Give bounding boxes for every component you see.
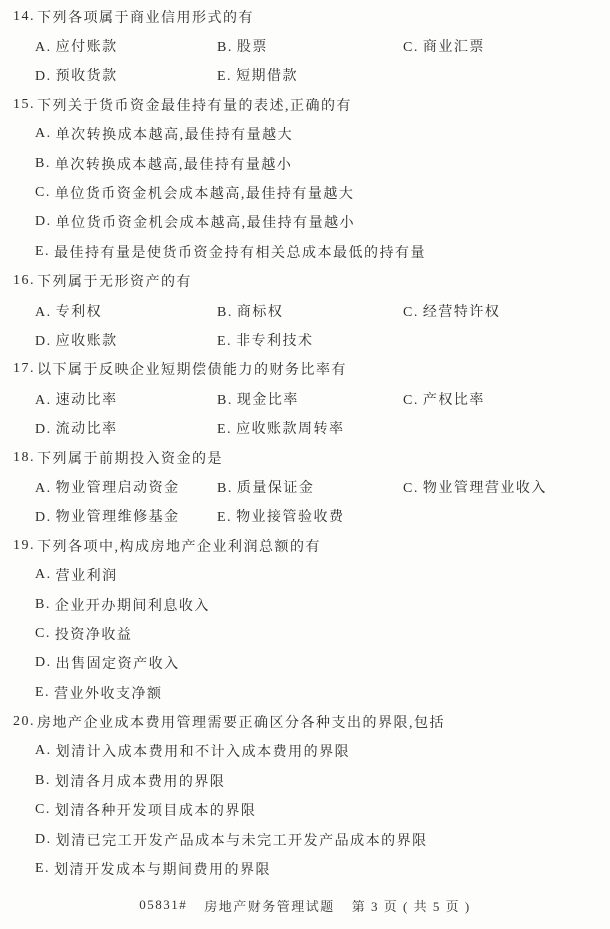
question-stem-text: 下列各项属于商业信用形式的有	[37, 7, 254, 27]
options-row: D.预收货款 E.短期借款	[0, 61, 610, 90]
option-text: 现金比率	[237, 393, 299, 408]
question-14: 14. 下列各项属于商业信用形式的有 A.应付账款 B.股票 C.商业汇票 D.…	[0, 2, 610, 90]
option-label: C.	[35, 802, 51, 818]
option-text: 划清已完工开发产品成本与未完工开发产品成本的界限	[56, 830, 428, 850]
option-label: B.	[217, 481, 233, 496]
options-row: A.物业管理启动资金 B.质量保证金 C.物业管理营业收入	[0, 472, 610, 501]
question-stem: 16. 下列属于无形资产的有	[0, 267, 610, 296]
question-number: 18.	[13, 450, 35, 466]
options-row: A.应付账款 B.股票 C.商业汇票	[0, 31, 610, 60]
option-c: C.经营特许权	[403, 301, 610, 321]
option-label: A.	[35, 743, 52, 759]
option-text: 质量保证金	[237, 481, 315, 496]
option-text: 单位货币资金机会成本越高,最佳持有量越小	[56, 212, 356, 232]
option-label: C.	[403, 393, 419, 408]
option-label: B.	[217, 305, 233, 320]
option-text: 股票	[237, 40, 268, 55]
question-number: 20.	[13, 714, 35, 730]
option-label: C.	[35, 626, 51, 642]
option-e: E.最佳持有量是使货币资金持有相关总成本最低的持有量	[0, 237, 610, 266]
option-a: A.速动比率	[35, 389, 217, 409]
option-d: D.划清已完工开发产品成本与未完工开发产品成本的界限	[0, 825, 610, 854]
option-text: 划清开发成本与期间费用的界限	[54, 859, 271, 879]
option-text: 出售固定资产收入	[56, 653, 180, 673]
option-text: 划清各种开发项目成本的界限	[55, 800, 257, 820]
exam-title: 房地产财务管理试题	[204, 896, 335, 915]
options-row: D.物业管理维修基金 E.物业接管验收费	[0, 502, 610, 531]
option-text: 营业外收支净额	[54, 683, 163, 703]
question-20: 20. 房地产企业成本费用管理需要正确区分各种支出的界限,包括 A.划清计入成本…	[0, 707, 610, 883]
option-e: E.营业外收支净额	[0, 678, 610, 707]
option-label: E.	[217, 422, 232, 437]
option-c: C.物业管理营业收入	[403, 477, 610, 497]
option-label: B.	[35, 597, 51, 613]
options-row: A.速动比率 B.现金比率 C.产权比率	[0, 384, 610, 413]
question-stem: 17. 以下属于反映企业短期偿债能力的财务比率有	[0, 355, 610, 384]
question-18: 18. 下列属于前期投入资金的是 A.物业管理启动资金 B.质量保证金 C.物业…	[0, 443, 610, 531]
option-label: A.	[35, 126, 52, 142]
option-d: D.流动比率	[35, 418, 217, 438]
option-text: 速动比率	[56, 393, 118, 408]
exam-page: 14. 下列各项属于商业信用形式的有 A.应付账款 B.股票 C.商业汇票 D.…	[0, 0, 610, 920]
option-label: A.	[35, 567, 52, 583]
option-text: 商标权	[237, 305, 284, 320]
option-label: D.	[35, 832, 52, 848]
question-15: 15. 下列关于货币资金最佳持有量的表述,正确的有 A.单次转换成本越高,最佳持…	[0, 90, 610, 266]
option-text: 产权比率	[423, 393, 485, 408]
options-row: A.专利权 B.商标权 C.经营特许权	[0, 296, 610, 325]
option-b: B.划清各月成本费用的界限	[0, 766, 610, 795]
question-stem-text: 下列关于货币资金最佳持有量的表述,正确的有	[37, 95, 352, 115]
option-a: A.专利权	[35, 301, 217, 321]
question-stem-text: 下列属于无形资产的有	[37, 271, 192, 291]
option-text: 单次转换成本越高,最佳持有量越大	[56, 124, 294, 144]
option-d: D.单位货币资金机会成本越高,最佳持有量越小	[0, 208, 610, 237]
option-c: C.商业汇票	[403, 36, 610, 56]
option-a: A.划清计入成本费用和不计入成本费用的界限	[0, 737, 610, 766]
option-b: B.股票	[217, 36, 403, 56]
page-number: 第 3 页 ( 共 5 页 )	[352, 896, 471, 915]
options-row: D.流动比率 E.应收账款周转率	[0, 413, 610, 442]
option-c: C.产权比率	[403, 389, 610, 409]
option-text: 应收账款	[56, 334, 118, 349]
question-number: 16.	[13, 273, 35, 289]
option-label: E.	[217, 69, 232, 84]
question-16: 16. 下列属于无形资产的有 A.专利权 B.商标权 C.经营特许权 D.应收账…	[0, 267, 610, 355]
option-b: B.现金比率	[217, 389, 403, 409]
option-label: A.	[35, 393, 52, 408]
option-label: D.	[35, 510, 52, 525]
option-label: E.	[217, 334, 232, 349]
question-stem-text: 下列各项中,构成房地产企业利润总额的有	[37, 536, 321, 556]
option-label: A.	[35, 40, 52, 55]
option-e: E.物业接管验收费	[217, 506, 403, 526]
option-d: D.出售固定资产收入	[0, 649, 610, 678]
question-stem: 14. 下列各项属于商业信用形式的有	[0, 2, 610, 31]
option-e: E.应收账款周转率	[217, 418, 403, 438]
option-text: 企业开办期间利息收入	[55, 595, 210, 615]
option-label: C.	[35, 185, 51, 201]
option-text: 单次转换成本越高,最佳持有量越小	[55, 154, 293, 174]
question-stem: 18. 下列属于前期投入资金的是	[0, 443, 610, 472]
option-d: D.应收账款	[35, 330, 217, 350]
option-label: D.	[35, 422, 52, 437]
option-c: C.投资净收益	[0, 619, 610, 648]
option-label: D.	[35, 334, 52, 349]
question-stem: 19. 下列各项中,构成房地产企业利润总额的有	[0, 531, 610, 560]
question-number: 14.	[13, 9, 35, 25]
option-label: B.	[35, 773, 51, 789]
option-d: D.预收货款	[35, 65, 217, 85]
question-stem: 20. 房地产企业成本费用管理需要正确区分各种支出的界限,包括	[0, 707, 610, 736]
question-stem: 15. 下列关于货币资金最佳持有量的表述,正确的有	[0, 90, 610, 119]
question-19: 19. 下列各项中,构成房地产企业利润总额的有 A.营业利润 B.企业开办期间利…	[0, 531, 610, 707]
option-label: E.	[217, 510, 232, 525]
option-e: E.短期借款	[217, 65, 403, 85]
option-label: C.	[403, 481, 419, 496]
option-text: 投资净收益	[55, 624, 133, 644]
option-label: E.	[35, 244, 50, 260]
option-label: E.	[35, 685, 50, 701]
option-text: 划清各月成本费用的界限	[55, 771, 226, 791]
option-text: 短期借款	[236, 69, 298, 84]
option-text: 物业管理营业收入	[423, 481, 547, 496]
option-label: D.	[35, 655, 52, 671]
option-label: C.	[403, 305, 419, 320]
question-stem-text: 以下属于反映企业短期偿债能力的财务比率有	[37, 359, 347, 379]
option-b: B.单次转换成本越高,最佳持有量越小	[0, 149, 610, 178]
option-label: B.	[35, 156, 51, 172]
question-number: 19.	[13, 538, 35, 554]
option-text: 物业管理维修基金	[56, 510, 180, 525]
option-text: 划清计入成本费用和不计入成本费用的界限	[56, 741, 351, 761]
option-label: A.	[35, 481, 52, 496]
question-number: 17.	[13, 361, 35, 377]
question-stem-text: 房地产企业成本费用管理需要正确区分各种支出的界限,包括	[37, 712, 445, 732]
option-b: B.质量保证金	[217, 477, 403, 497]
option-text: 经营特许权	[423, 305, 501, 320]
option-text: 流动比率	[56, 422, 118, 437]
option-label: C.	[403, 40, 419, 55]
option-a: A.应付账款	[35, 36, 217, 56]
option-text: 最佳持有量是使货币资金持有相关总成本最低的持有量	[54, 242, 426, 262]
question-17: 17. 以下属于反映企业短期偿债能力的财务比率有 A.速动比率 B.现金比率 C…	[0, 355, 610, 443]
option-text: 专利权	[56, 305, 103, 320]
option-text: 营业利润	[56, 565, 118, 585]
option-text: 预收货款	[56, 69, 118, 84]
question-stem-text: 下列属于前期投入资金的是	[37, 448, 223, 468]
option-text: 应付账款	[56, 40, 118, 55]
option-a: A.物业管理启动资金	[35, 477, 217, 497]
option-a: A.单次转换成本越高,最佳持有量越大	[0, 120, 610, 149]
option-text: 非专利技术	[236, 334, 314, 349]
exam-code: 05831#	[139, 897, 187, 913]
option-c: C.单位货币资金机会成本越高,最佳持有量越大	[0, 178, 610, 207]
option-a: A.营业利润	[0, 560, 610, 589]
option-label: B.	[217, 393, 233, 408]
option-label: D.	[35, 214, 52, 230]
question-number: 15.	[13, 97, 35, 113]
option-d: D.物业管理维修基金	[35, 506, 217, 526]
option-label: D.	[35, 69, 52, 84]
option-label: B.	[217, 40, 233, 55]
option-label: E.	[35, 861, 50, 877]
option-label: A.	[35, 305, 52, 320]
option-text: 单位货币资金机会成本越高,最佳持有量越大	[55, 183, 355, 203]
option-e: E.非专利技术	[217, 330, 403, 350]
options-row: D.应收账款 E.非专利技术	[0, 325, 610, 354]
option-c: C.划清各种开发项目成本的界限	[0, 796, 610, 825]
page-footer: 05831# 房地产财务管理试题 第 3 页 ( 共 5 页 )	[0, 891, 610, 920]
option-text: 应收账款周转率	[236, 422, 345, 437]
option-text: 物业管理启动资金	[56, 481, 180, 496]
option-b: B.企业开办期间利息收入	[0, 590, 610, 619]
option-text: 物业接管验收费	[236, 510, 345, 525]
option-text: 商业汇票	[423, 40, 485, 55]
option-b: B.商标权	[217, 301, 403, 321]
option-e: E.划清开发成本与期间费用的界限	[0, 854, 610, 883]
